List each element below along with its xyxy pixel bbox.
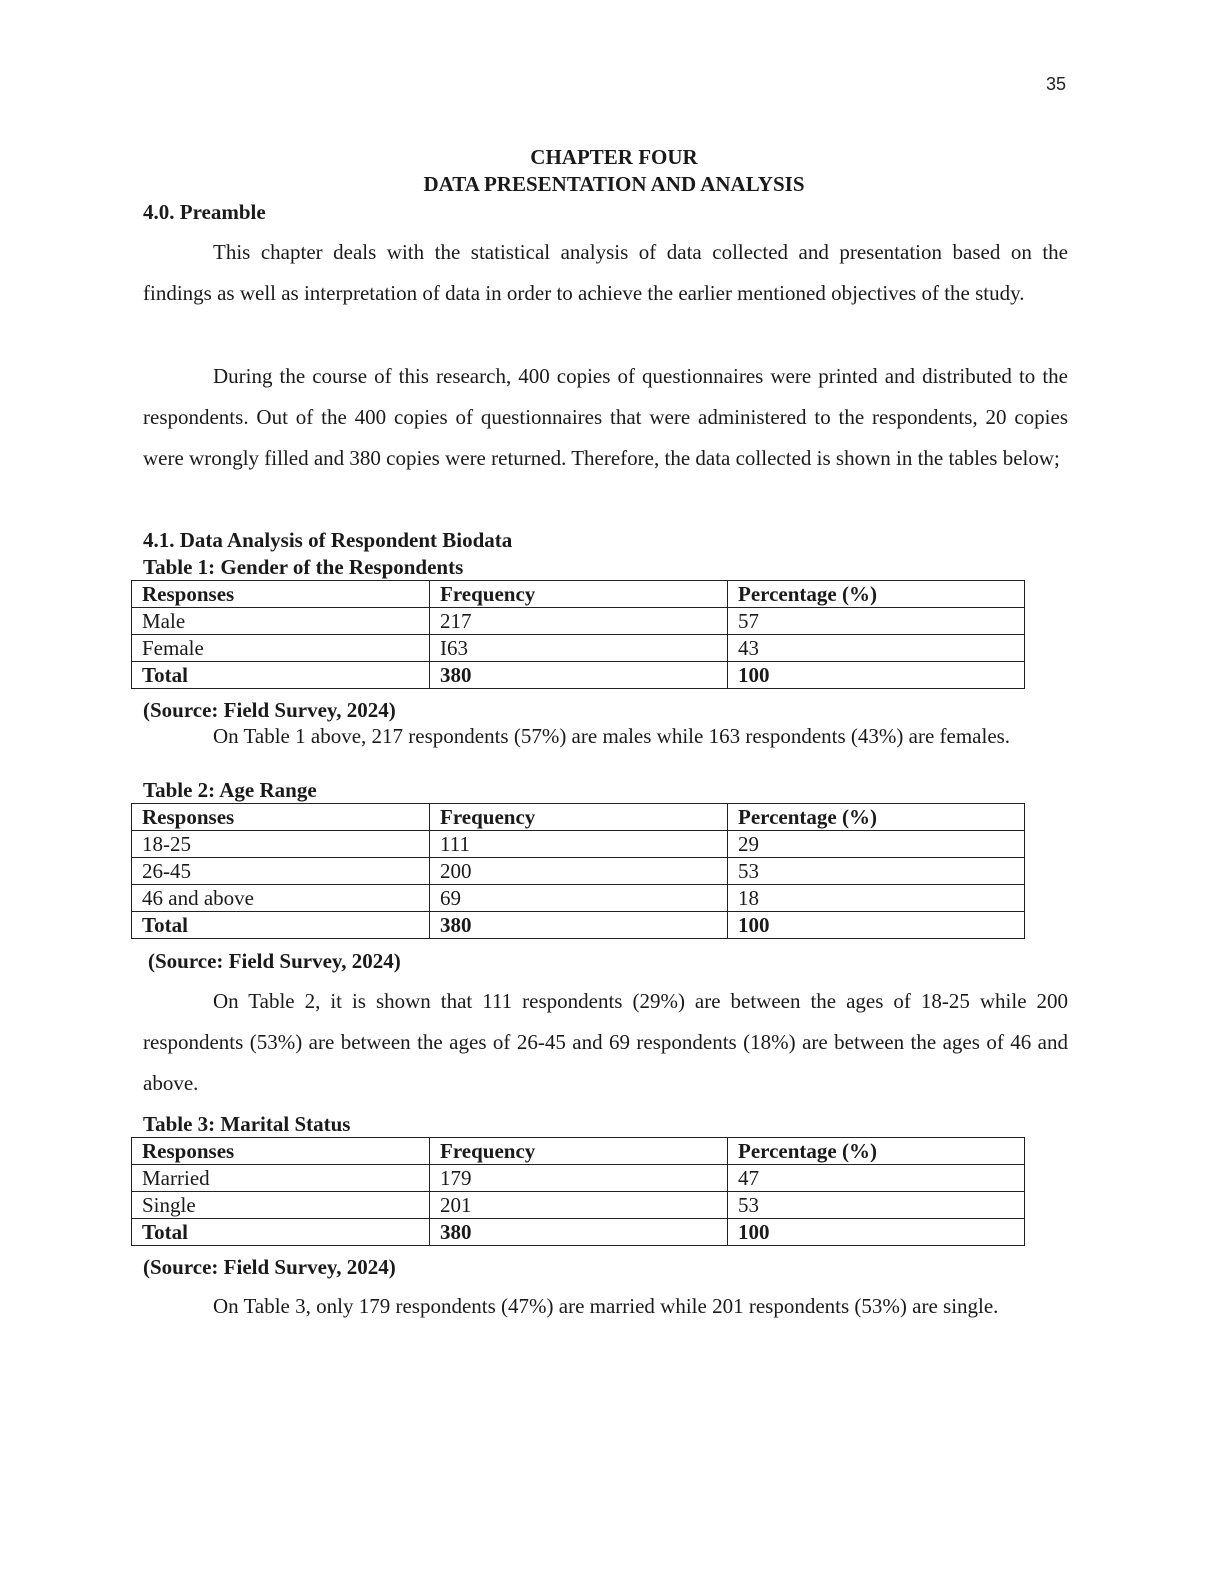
table-header-row: Responses Frequency Percentage (%)	[132, 804, 1025, 831]
table-cell: 53	[728, 858, 1025, 885]
table-cell: 43	[728, 635, 1025, 662]
table-cell: Female	[132, 635, 430, 662]
table-cell: 18	[728, 885, 1025, 912]
table-cell: 46 and above	[132, 885, 430, 912]
table-row: 18-25 111 29	[132, 831, 1025, 858]
table-cell: 380	[430, 662, 728, 689]
table-2-source: (Source: Field Survey, 2024)	[148, 948, 401, 974]
table-cell: 29	[728, 831, 1025, 858]
header-cell: Frequency	[430, 581, 728, 608]
section-heading-4-1: 4.1. Data Analysis of Respondent Biodata	[143, 527, 512, 553]
table-cell: Married	[132, 1165, 430, 1192]
table-cell: 111	[430, 831, 728, 858]
preamble-paragraph-1: This chapter deals with the statistical …	[143, 232, 1068, 314]
header-cell: Percentage (%)	[728, 581, 1025, 608]
table-cell: 53	[728, 1192, 1025, 1219]
table-total-row: Total 380 100	[132, 912, 1025, 939]
header-cell: Responses	[132, 804, 430, 831]
table-3-commentary: On Table 3, only 179 respondents (47%) a…	[143, 1286, 1068, 1327]
table-1-gender: Responses Frequency Percentage (%) Male …	[131, 580, 1025, 689]
table-row: Male 217 57	[132, 608, 1025, 635]
chapter-title: CHAPTER FOUR	[0, 144, 1228, 171]
table-2-age-range: Responses Frequency Percentage (%) 18-25…	[131, 803, 1025, 939]
table-cell: I63	[430, 635, 728, 662]
table-2-commentary: On Table 2, it is shown that 111 respond…	[143, 981, 1068, 1104]
table-2-caption: Table 2: Age Range	[143, 777, 317, 803]
table-3-caption: Table 3: Marital Status	[143, 1111, 350, 1137]
table-total-row: Total 380 100	[132, 662, 1025, 689]
table-1-commentary: On Table 1 above, 217 respondents (57%) …	[143, 722, 1068, 750]
table-cell: 69	[430, 885, 728, 912]
table-cell: 200	[430, 858, 728, 885]
table-cell: 47	[728, 1165, 1025, 1192]
table-row: 46 and above 69 18	[132, 885, 1025, 912]
header-cell: Responses	[132, 1138, 430, 1165]
table-cell: 57	[728, 608, 1025, 635]
table-cell: 26-45	[132, 858, 430, 885]
table-row: Married 179 47	[132, 1165, 1025, 1192]
header-cell: Responses	[132, 581, 430, 608]
table-cell: Total	[132, 1219, 430, 1246]
table-cell: 380	[430, 1219, 728, 1246]
table-cell: Total	[132, 912, 430, 939]
table-cell: 100	[728, 662, 1025, 689]
table-cell: 100	[728, 1219, 1025, 1246]
table-row: 26-45 200 53	[132, 858, 1025, 885]
chapter-subtitle: DATA PRESENTATION AND ANALYSIS	[0, 171, 1228, 198]
table-cell: Total	[132, 662, 430, 689]
header-cell: Frequency	[430, 804, 728, 831]
table-cell: 100	[728, 912, 1025, 939]
table-cell: 217	[430, 608, 728, 635]
table-cell: 201	[430, 1192, 728, 1219]
header-cell: Frequency	[430, 1138, 728, 1165]
preamble-heading: 4.0. Preamble	[143, 199, 266, 225]
table-cell: 179	[430, 1165, 728, 1192]
table-row: Female I63 43	[132, 635, 1025, 662]
table-row: Single 201 53	[132, 1192, 1025, 1219]
preamble-paragraph-2: During the course of this research, 400 …	[143, 356, 1068, 479]
table-1-source: (Source: Field Survey, 2024)	[143, 697, 396, 723]
table-cell: Single	[132, 1192, 430, 1219]
table-header-row: Responses Frequency Percentage (%)	[132, 1138, 1025, 1165]
table-header-row: Responses Frequency Percentage (%)	[132, 581, 1025, 608]
header-cell: Percentage (%)	[728, 804, 1025, 831]
table-cell: 380	[430, 912, 728, 939]
table-1-caption: Table 1: Gender of the Respondents	[143, 554, 463, 580]
header-cell: Percentage (%)	[728, 1138, 1025, 1165]
table-total-row: Total 380 100	[132, 1219, 1025, 1246]
table-cell: Male	[132, 608, 430, 635]
table-3-marital-status: Responses Frequency Percentage (%) Marri…	[131, 1137, 1025, 1246]
page-number: 35	[1046, 74, 1066, 95]
table-cell: 18-25	[132, 831, 430, 858]
table-3-source: (Source: Field Survey, 2024)	[143, 1254, 396, 1280]
